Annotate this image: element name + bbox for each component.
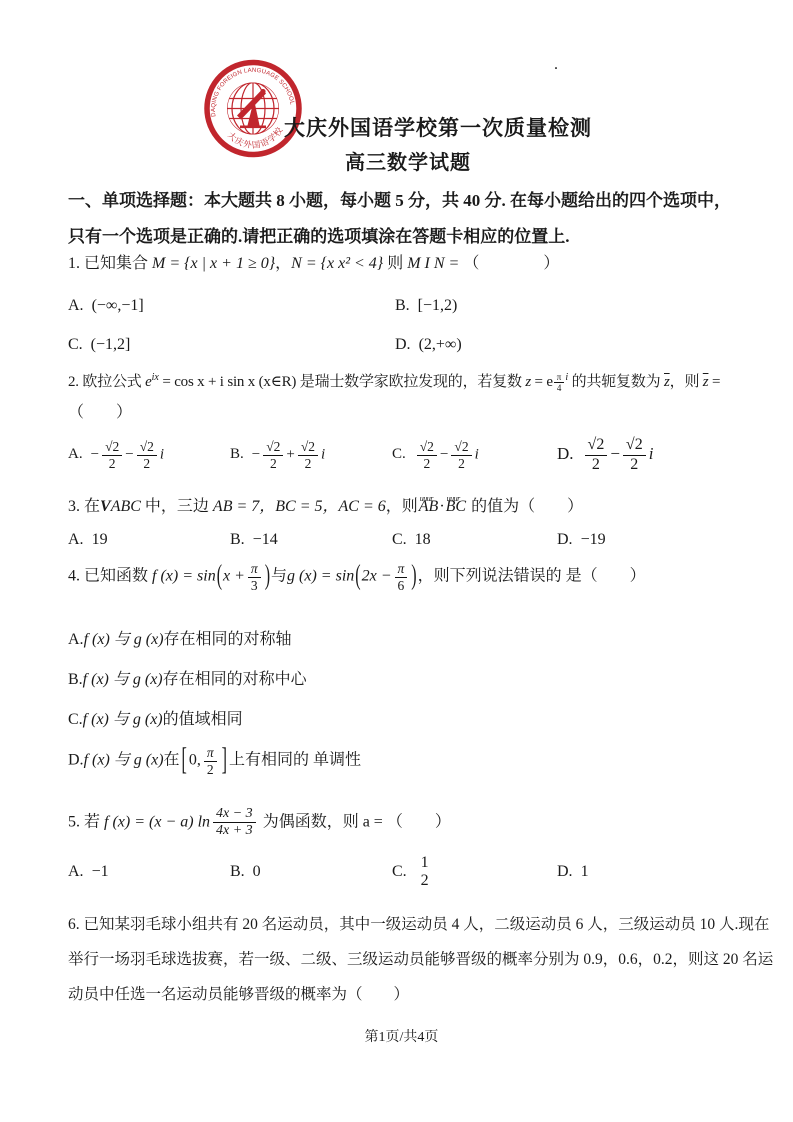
q3-text3: ，则: [386, 498, 418, 515]
option-value: 19: [92, 531, 108, 548]
q2-answer-paren: （ ）: [68, 401, 735, 425]
stray-mark: .: [554, 56, 558, 74]
fraction: √22: [623, 436, 646, 474]
left-bracket: [: [182, 737, 187, 785]
exam-subtitle: 高三数学试题: [345, 146, 471, 175]
option-label: D.: [395, 336, 411, 353]
triangle-symbol: V: [100, 498, 111, 515]
option-label: D.: [68, 752, 84, 769]
question-3-stem: 3. 在VABC 中，三边 AB = 7，BC = 5，AC = 6，则uuur…: [68, 495, 735, 519]
q4-g: g (x) = sin: [287, 568, 354, 585]
q4-option-b: B.f (x) 与 g (x)存在相同的对称中心: [68, 668, 735, 692]
exam-title: 大庆外国语学校第一次质量检测: [284, 112, 592, 142]
q5-option-b: B.0: [230, 863, 392, 881]
q2-eq: = e: [531, 374, 553, 390]
q2-option-c: C.√22−√22i: [392, 439, 557, 471]
q1-answer-paren: （ ）: [463, 255, 559, 272]
option-value: 18: [415, 531, 431, 548]
q4-inner1: x +: [223, 568, 245, 585]
question-6-line3: 动员中任选一名运动员能够晋级的概率为（ ）: [68, 982, 735, 1004]
question-6-line1: 6. 已知某羽毛球小组共有 20 名运动员，其中一级运动员 4 人，二级运动员 …: [68, 912, 735, 934]
option-label: A.: [68, 631, 84, 648]
vector-arrow-artifact: uuur: [447, 487, 460, 511]
dot-product: ·: [439, 498, 444, 515]
option-label: D.: [557, 531, 573, 548]
fraction: π2: [204, 745, 217, 777]
option-label: B.: [395, 297, 410, 314]
q2-formula-text: = cos x + i sin x (x∈R) 是瑞士数学家欧拉发现的，若复数: [159, 374, 526, 390]
q3-option-d: D.−19: [557, 531, 735, 549]
q3-text: 3. 在: [68, 498, 100, 515]
q3-text4: 的值为（ ）: [467, 498, 583, 515]
operator: −: [610, 444, 620, 463]
option-label: C.: [392, 863, 407, 880]
option-label: C.: [68, 711, 83, 728]
q3-option-b: B.−14: [230, 531, 392, 549]
right-paren: ): [265, 555, 270, 598]
q4-fg: f (x) 与 g (x): [83, 671, 163, 688]
q4-option-d: D.f (x) 与 g (x)在[0,π2]上有相同的 单调性: [68, 745, 735, 777]
q2-option-a: A.−√22−√22i: [68, 439, 230, 471]
q1-text: 1. 已知集合: [68, 255, 152, 272]
interval-start: 0,: [189, 752, 201, 769]
q2-option-d: D.√22−√22i: [557, 436, 735, 474]
option-value: −1: [92, 863, 109, 880]
sign: −: [252, 446, 260, 462]
q5-option-a: A.−1: [68, 863, 230, 881]
q1-set-m: M = {x | x + 1 ≥ 0}: [152, 255, 275, 272]
vector-ab: uuurAB: [419, 495, 439, 519]
q1-option-d: D.(2,+∞): [395, 334, 735, 356]
q4-fg: f (x) 与 g (x): [84, 631, 164, 648]
option-label: D.: [557, 863, 573, 880]
q3-option-a: A.19: [68, 531, 230, 549]
fraction: π3: [248, 561, 261, 593]
option-label: A.: [68, 863, 84, 880]
right-paren: ): [411, 555, 416, 598]
option-label: C.: [68, 336, 83, 353]
question-2-stem: 2. 欧拉公式 eix = cos x + i sin x (x∈R) 是瑞士数…: [68, 366, 735, 394]
option-value: [−1,2): [418, 297, 458, 314]
operator: −: [440, 446, 448, 462]
right-bracket: ]: [222, 737, 227, 785]
fraction: √22: [451, 439, 471, 471]
page-indicator: 第1页/共4页: [68, 1026, 735, 1046]
exam-page: DAQING FOREIGN LANGUAGE SCHOOL 大庆外国语学校 大…: [0, 0, 793, 1122]
vector-bc: uuurBC: [446, 495, 466, 519]
option-label: B.: [230, 531, 245, 548]
question-2-options: A.−√22−√22i B.−√22+√22i C.√22−√22i D.√22…: [68, 432, 735, 478]
fraction: √22: [263, 439, 283, 471]
q4-f: f (x) = sin: [152, 568, 216, 585]
q3-text2: 中，三边: [141, 498, 213, 515]
q4-option-a: A.f (x) 与 g (x)存在相同的对称轴: [68, 628, 735, 652]
question-1-stem: 1. 已知集合 M = {x | x + 1 ≥ 0}，N = {x x² < …: [68, 252, 735, 276]
fraction: π6: [395, 561, 408, 593]
section-instructions-line2: 只有一个选项是正确的.请把正确的选项填涂在答题卡相应的位置上.: [68, 226, 735, 248]
option-value: 上有相同的 单调性: [229, 752, 361, 769]
q5-option-c: C.12: [392, 854, 557, 891]
operator: −: [125, 446, 133, 462]
option-label: B.: [68, 671, 83, 688]
fraction: 12: [418, 854, 432, 891]
option-value: 的值域相同: [163, 711, 243, 728]
q2-z-exponent: π4i: [553, 372, 568, 383]
option-label: B.: [230, 863, 245, 880]
fraction: √22: [585, 436, 608, 474]
q4-fg: f (x) 与 g (x): [84, 752, 164, 769]
option-label: A.: [68, 531, 84, 548]
section-instructions-line1: 一、单项选择题：本大题共 8 小题，每小题 5 分，共 40 分. 在每小题给出…: [68, 190, 735, 212]
question-5-stem: 5. 若 f (x) = (x − a) ln4x − 34x + 3 为偶函数…: [68, 806, 735, 839]
option-value: (−∞,−1]: [92, 297, 144, 314]
fraction: √22: [417, 439, 437, 471]
fraction: √22: [298, 439, 318, 471]
left-paren: (: [355, 555, 360, 598]
sign: −: [91, 446, 99, 462]
q4-text2: ，则下列说法错误的 是（ ）: [418, 568, 646, 585]
imaginary-i: i: [321, 446, 325, 462]
q2-exponent: ix: [152, 372, 159, 383]
option-value: 存在相同的对称轴: [164, 631, 292, 648]
q2-option-b: B.−√22+√22i: [230, 439, 392, 471]
q2-text2: 的共轭复数为: [568, 374, 664, 390]
operator: +: [286, 446, 294, 462]
q4-option-c: C.f (x) 与 g (x)的值域相同: [68, 708, 735, 732]
fraction: π4: [554, 372, 565, 394]
option-label: A.: [68, 297, 84, 314]
fraction: √22: [137, 439, 157, 471]
q4-and: 与: [271, 568, 287, 585]
question-5-options: A.−1 B.0 C.12 D.1: [68, 852, 735, 892]
question-4-stem: 4. 已知函数 f (x) = sin(x +π3)与g (x) = sin(2…: [68, 561, 735, 593]
q3-option-c: C.18: [392, 531, 557, 549]
option-value: 1: [581, 863, 589, 880]
q1-option-c: C.(−1,2]: [68, 334, 395, 356]
option-value: (2,+∞): [419, 336, 462, 353]
q5-text: 5. 若: [68, 813, 104, 830]
imaginary-i: i: [649, 444, 654, 463]
vector-arrow-artifact: uuur: [420, 487, 433, 511]
option-value: −14: [253, 531, 278, 548]
q1-option-b: B.[−1,2): [395, 295, 735, 317]
option-label: C.: [392, 446, 406, 462]
option-label: C.: [392, 531, 407, 548]
q5-option-d: D.1: [557, 863, 735, 881]
left-paren: (: [217, 555, 222, 598]
q2-eq2: =: [708, 374, 720, 390]
question-6-line2: 举行一场羽毛球选拔赛，若一级、二级、三级运动员能够晋级的概率分别为 0.9，0.…: [68, 947, 735, 969]
fraction: √22: [102, 439, 122, 471]
q4-inner2: 2x −: [362, 568, 392, 585]
q4-fg: f (x) 与 g (x): [83, 711, 163, 728]
q5-function: f (x) = (x − a) ln: [104, 813, 210, 830]
q3-sides: AB = 7，BC = 5，AC = 6: [213, 498, 386, 515]
option-value: 存在相同的对称中心: [163, 671, 307, 688]
q2-text: 2. 欧拉公式: [68, 374, 145, 390]
option-label: A.: [68, 446, 83, 462]
q4-text: 4. 已知函数: [68, 568, 152, 585]
question-3-options: A.19 B.−14 C.18 D.−19: [68, 531, 735, 549]
q1-option-a: A.(−∞,−1]: [68, 295, 395, 317]
option-value: 0: [253, 863, 261, 880]
q1-expression: M I N =: [407, 255, 463, 272]
school-seal-logo: DAQING FOREIGN LANGUAGE SCHOOL 大庆外国语学校: [203, 57, 303, 160]
q1-comma: ，: [275, 255, 291, 272]
imaginary-i: i: [160, 446, 164, 462]
q1-set-n: N = {x x² < 4}: [291, 255, 383, 272]
q4-d-text: 在: [164, 752, 180, 769]
fraction: 4x − 34x + 3: [213, 806, 256, 839]
imaginary-i: i: [475, 446, 479, 462]
q1-then: 则: [383, 255, 407, 272]
option-value: −19: [581, 531, 606, 548]
q5-text2: 为偶函数，则 a = （ ）: [259, 813, 451, 830]
q3-abc: ABC: [111, 498, 141, 515]
option-value: (−1,2]: [91, 336, 131, 353]
option-label: B.: [230, 446, 244, 462]
question-1-options: A.(−∞,−1] B.[−1,2) C.(−1,2] D.(2,+∞): [68, 295, 735, 356]
option-label: D.: [557, 444, 574, 463]
q2-text3: ，则: [670, 374, 703, 390]
